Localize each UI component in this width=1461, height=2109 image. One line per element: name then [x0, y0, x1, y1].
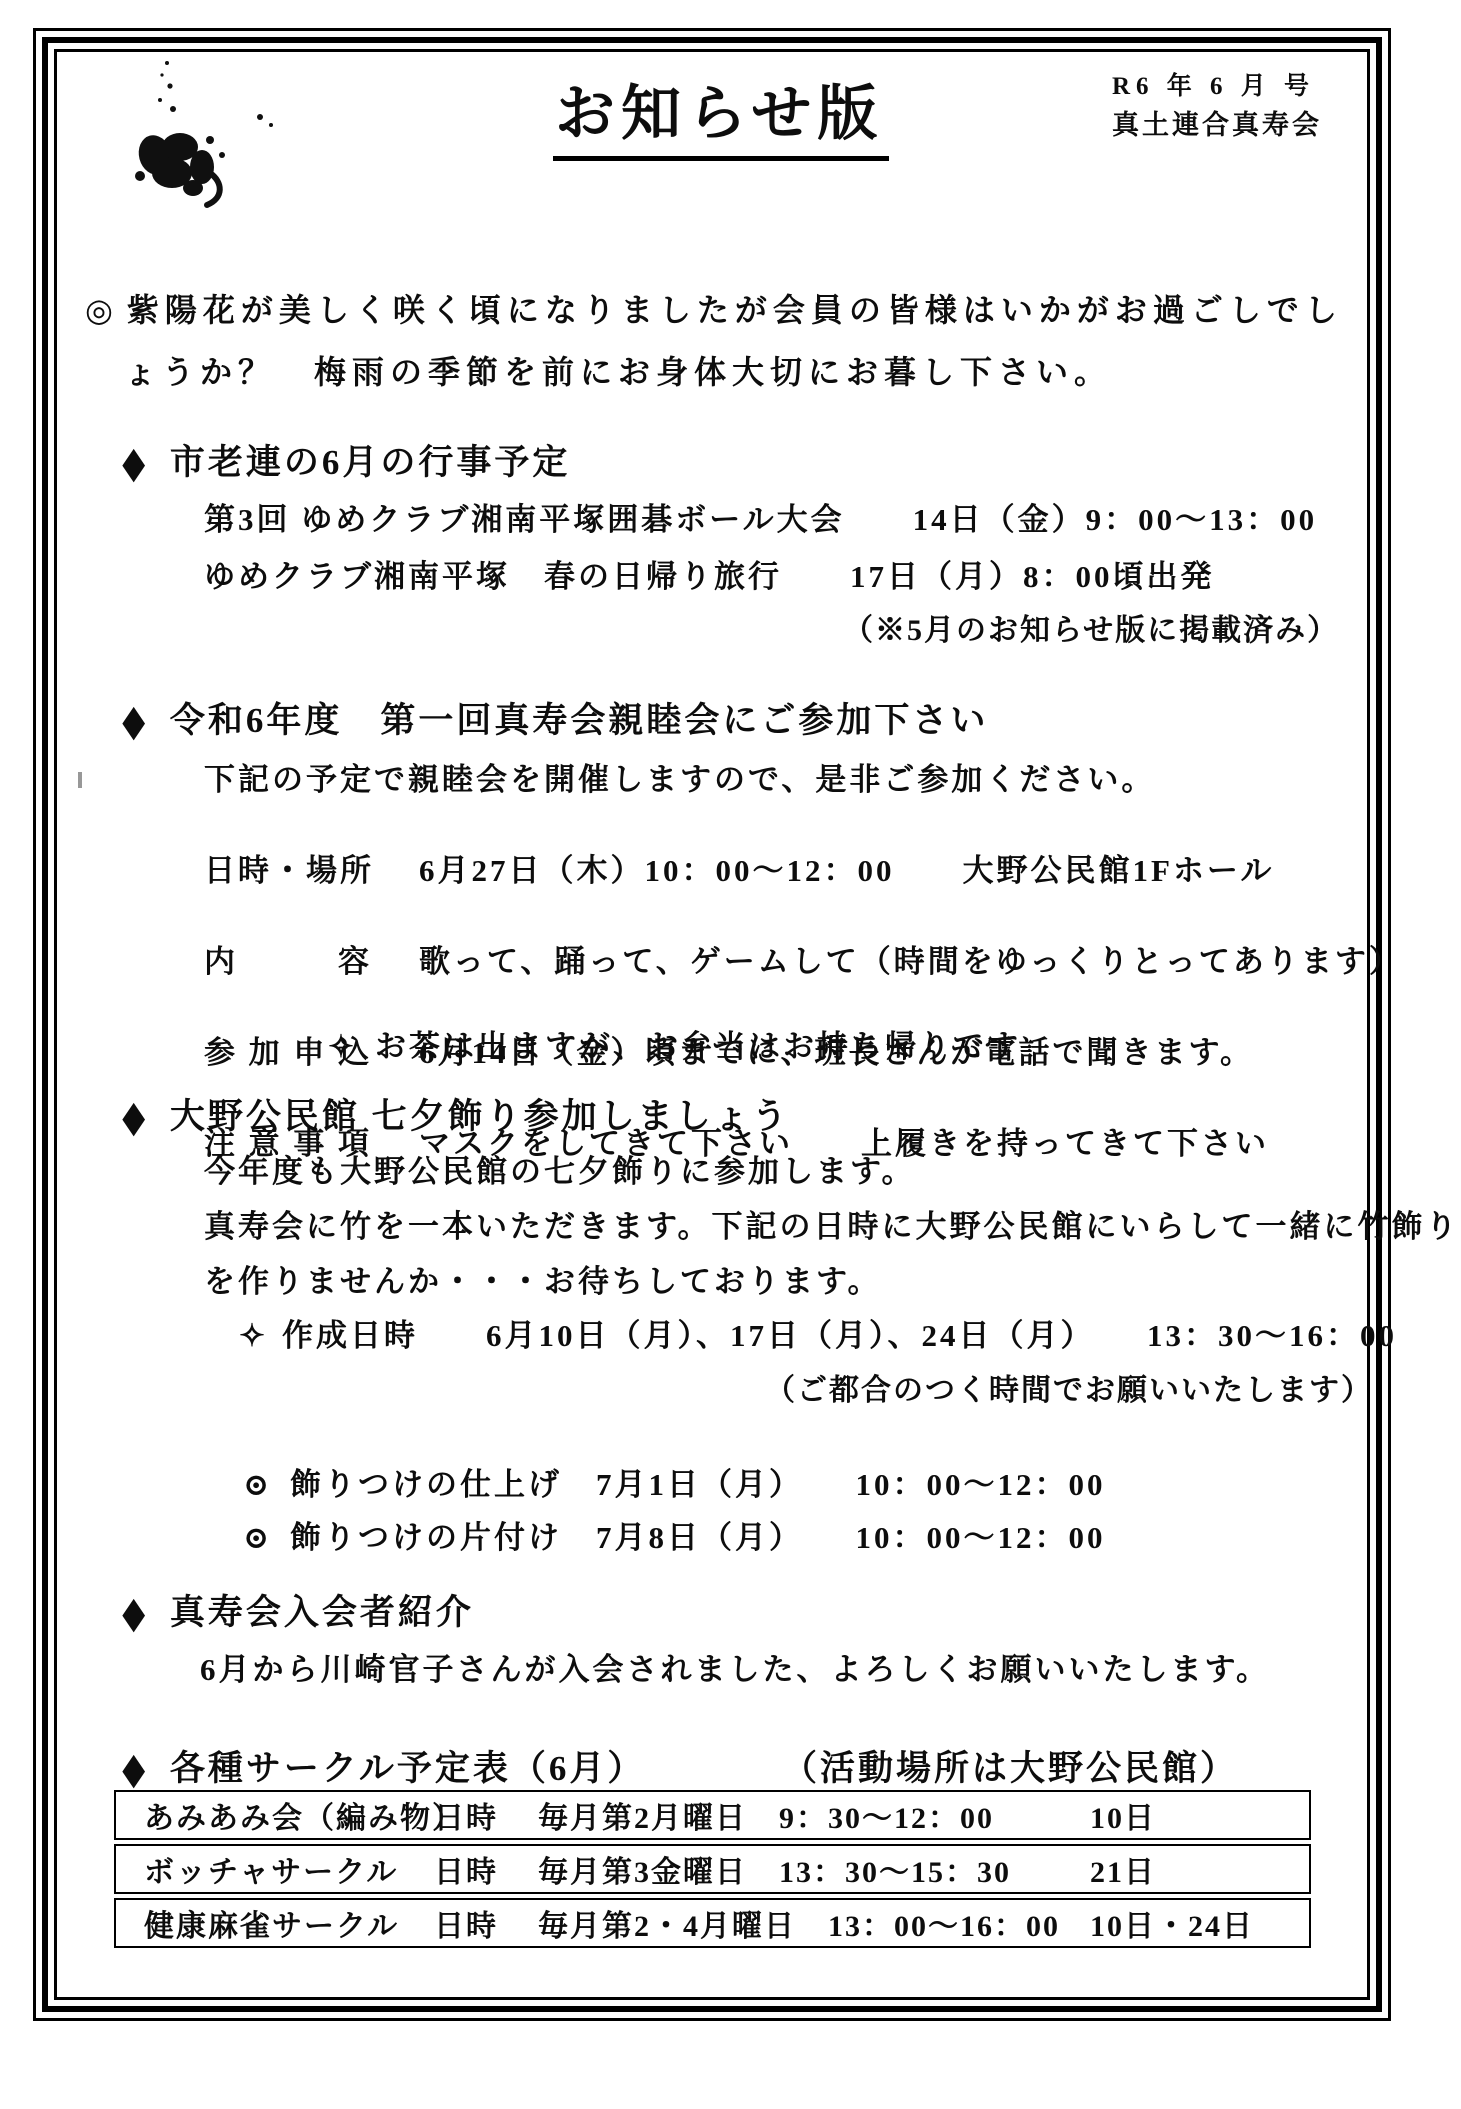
circle-name: ボッチャサークル	[116, 1847, 434, 1891]
newmember-line: 6月から川崎官子さんが入会されました、よろしくお願いいたします。	[200, 1648, 1270, 1692]
meeting-value: 歌って、踊って、ゲームして（時間をゆっくりとってあります）	[419, 941, 1403, 983]
circle-name: あみあみ会（編み物）	[116, 1793, 434, 1837]
tanabata-craft-text: 作成日時 6月10日（月）、17日（月）、24日（月） 13：30～16：00	[282, 1315, 1397, 1357]
circle-dates: 10日・24日	[1090, 1901, 1309, 1945]
section-meeting-heading: ◆ 令和6年度 第一回真寿会親睦会にご参加下さい	[120, 698, 988, 744]
meeting-note-text: お茶は出ますが、お弁当はお持ち帰りです	[375, 1026, 1021, 1068]
greeting-text-1: 紫陽花が美しく咲く頃になりましたが会員の皆様はいかがお過ごしでし	[127, 288, 1343, 332]
issue-number: R6 年 6 月 号	[1112, 66, 1315, 102]
tanabata-cleanup-text: 飾りつけの片付け 7月8日（月） 10：00～12：00	[290, 1517, 1106, 1559]
section-tanabata-heading: ◆ 大野公民館 七夕飾り参加しましょう	[120, 1094, 790, 1140]
star-bullet-icon: ✧	[328, 1026, 357, 1068]
ink-stain	[110, 55, 310, 215]
tanabata-finish-item: ⊙ 飾りつけの仕上げ 7月1日（月） 10：00～12：00	[243, 1464, 1105, 1506]
circle-datetime-label: 日時	[434, 1901, 538, 1945]
tanabata-finish-text: 飾りつけの仕上げ 7月1日（月） 10：00～12：00	[290, 1464, 1106, 1506]
table-row: ボッチャサークル 日時 毎月第3金曜日 13：30～15：30 21日	[114, 1844, 1311, 1894]
meeting-note: ✧ お茶は出ますが、お弁当はお持ち帰りです	[328, 1026, 1021, 1068]
section-circles-title: 各種サークル予定表（6月）	[170, 1746, 645, 1792]
event-line-1: 第3回 ゆめクラブ湘南平塚囲碁ボール大会 14日（金）9：00～13：00	[204, 498, 1317, 542]
meeting-row-content: 内容 歌って、踊って、ゲームして（時間をゆっくりとってあります）	[204, 941, 1403, 983]
circles-location-note: （活動場所は大野公民館）	[782, 1746, 1238, 1792]
greeting-line-1: ◎ 紫陽花が美しく咲く頃になりましたが会員の皆様はいかがお過ごしでし	[85, 288, 1343, 332]
circle-datetime-label: 日時	[434, 1793, 538, 1837]
circles-location-text: （活動場所は大野公民館）	[782, 1746, 1238, 1792]
meeting-label: 日時・場所	[204, 850, 372, 892]
diamond-bullet-icon: ◆	[122, 434, 147, 492]
tanabata-line-3: を作りませんか・・・お待ちしております。	[204, 1260, 882, 1304]
diamond-bullet-icon: ◆	[122, 1088, 147, 1146]
meeting-label: 内容	[204, 941, 372, 983]
diamond-bullet-icon: ◆	[122, 1584, 147, 1642]
meeting-value: 6月27日（木）10：00～12：00 大野公民館1Fホール	[419, 850, 1274, 892]
section-tanabata-title: 大野公民館 七夕飾り参加しましょう	[170, 1094, 790, 1140]
meeting-intro: 下記の予定で親睦会を開催しますので、是非ご参加ください。	[204, 758, 1155, 802]
meeting-row-datetime: 日時・場所 6月27日（木）10：00～12：00 大野公民館1Fホール	[204, 850, 1403, 892]
tanabata-craft-schedule: ✧ 作成日時 6月10日（月）、17日（月）、24日（月） 13：30～16：0…	[239, 1315, 1397, 1357]
notice-page: { "icons": { "diamond": "◆", "star": "✧"…	[0, 0, 1461, 2109]
scan-noise-mark	[78, 772, 82, 788]
circle-datetime-label: 日時	[434, 1847, 538, 1891]
tanabata-cleanup-item: ⊙ 飾りつけの片付け 7月8日（月） 10：00～12：00	[243, 1517, 1105, 1559]
double-circle-bullet-icon: ◎	[85, 288, 119, 332]
section-newmember-heading: ◆ 真寿会入会者紹介	[120, 1590, 474, 1636]
circle-name: 健康麻雀サークル	[116, 1901, 434, 1945]
page-title: お知らせ版	[553, 78, 889, 161]
circle-schedule: 毎月第2月曜日 9：30～12：00	[538, 1793, 1090, 1837]
table-row: あみあみ会（編み物） 日時 毎月第2月曜日 9：30～12：00 10日	[114, 1790, 1311, 1840]
circles-table: あみあみ会（編み物） 日時 毎月第2月曜日 9：30～12：00 10日 ボッチ…	[114, 1790, 1311, 1952]
circle-schedule: 毎月第2・4月曜日 13：00～16：00	[538, 1901, 1090, 1945]
events-note: （※5月のお知らせ版に掲載済み）	[843, 610, 1339, 652]
circle-dot-bullet-icon: ⊙	[243, 1464, 272, 1506]
circle-dates: 21日	[1090, 1847, 1309, 1891]
tanabata-line-2: 真寿会に竹を一本いただきます。下記の日時に大野公民館にいらして一緒に竹飾り	[204, 1205, 1460, 1249]
circle-dates: 10日	[1090, 1793, 1309, 1837]
diamond-bullet-icon: ◆	[122, 692, 147, 750]
section-events-heading: ◆ 市老連の6月の行事予定	[120, 440, 570, 486]
section-newmember-title: 真寿会入会者紹介	[170, 1590, 474, 1636]
star-bullet-icon: ✧	[239, 1315, 268, 1357]
section-circles-heading: ◆ 各種サークル予定表（6月）	[120, 1746, 645, 1792]
organization-name: 真土連合真寿会	[1112, 103, 1322, 142]
event-line-2: ゆめクラブ湘南平塚 春の日帰り旅行 17日（月）8：00頃出発	[204, 555, 1215, 599]
circle-dot-bullet-icon: ⊙	[243, 1517, 272, 1559]
section-events-title: 市老連の6月の行事予定	[170, 440, 571, 486]
table-row: 健康麻雀サークル 日時 毎月第2・4月曜日 13：00～16：00 10日・24…	[114, 1898, 1311, 1948]
section-meeting-title: 令和6年度 第一回真寿会親睦会にご参加下さい	[170, 698, 989, 744]
circle-schedule: 毎月第3金曜日 13：30～15：30	[538, 1847, 1090, 1891]
greeting-line-2: ょうか？ 梅雨の季節を前にお身体大切にお暮し下さい。	[124, 350, 1112, 394]
tanabata-line-1: 今年度も大野公民館の七夕飾りに参加します。	[204, 1150, 916, 1194]
tanabata-craft-note: （ご都合のつく時間でお願いいたします）	[765, 1370, 1373, 1412]
